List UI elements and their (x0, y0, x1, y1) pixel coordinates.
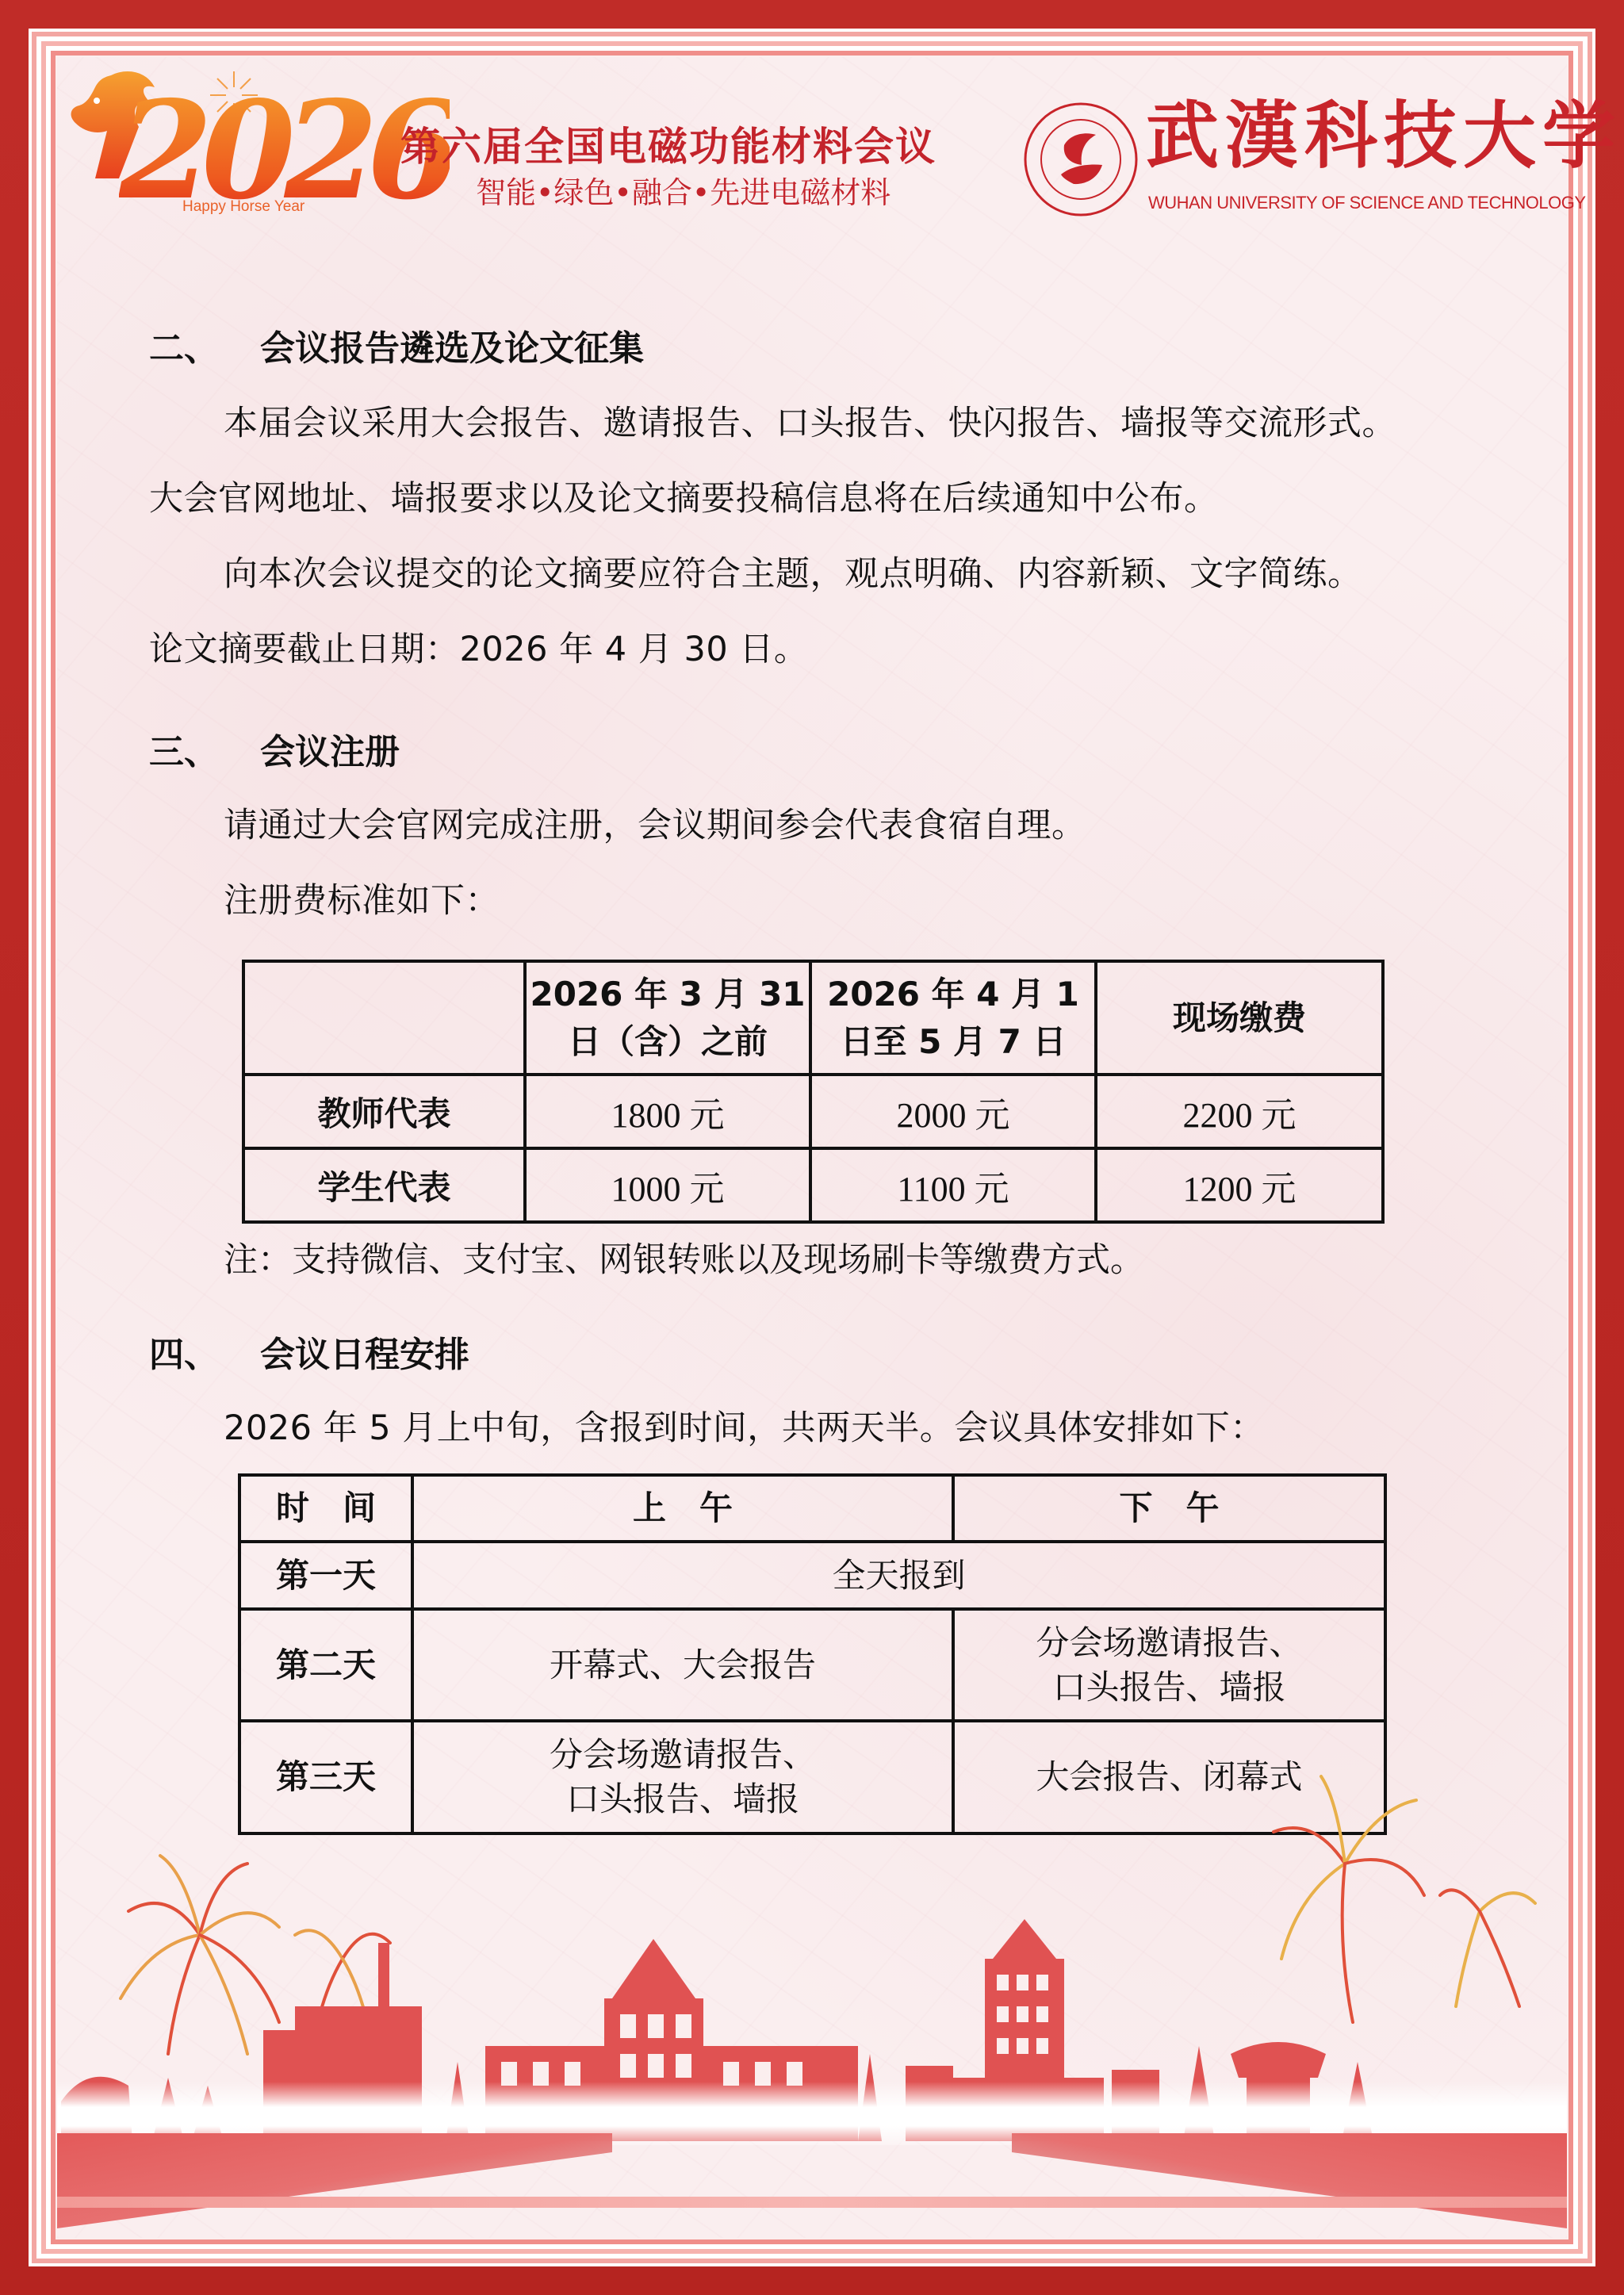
table-row: 学生代表 1000 元 1100 元 1200 元 (243, 1148, 1383, 1222)
section-heading-2: 二、会议报告遴选及论文征集 (149, 320, 644, 370)
table-row: 第三天 分会场邀请报告、 口头报告、墙报 大会报告、闭幕式 (239, 1721, 1385, 1833)
paragraph: 大会官网地址、墙报要求以及论文摘要投稿信息将在后续通知中公布。 (149, 472, 1219, 520)
paragraph: 注册费标准如下： (224, 874, 500, 922)
full-day-cell: 全天报到 (412, 1542, 1385, 1609)
table-row: 第二天 开幕式、大会报告 分会场邀请报告、 口头报告、墙报 (239, 1609, 1385, 1721)
university-name-cn: 武漢科技大学 (1146, 99, 1622, 172)
morning-cell: 分会场邀请报告、 口头报告、墙报 (412, 1721, 953, 1833)
table-header-cell: 下 午 (953, 1475, 1385, 1542)
row-label: 教师代表 (243, 1075, 525, 1148)
table-header-cell: 2026 年 3 月 31 日（含）之前 (525, 961, 810, 1075)
table-row: 第一天 全天报到 (239, 1542, 1385, 1609)
cell-line: 口头报告、墙报 (414, 1777, 952, 1822)
table-header-row: 2026 年 3 月 31 日（含）之前 2026 年 4 月 1 日至 5 月… (243, 961, 1383, 1075)
schedule-table: 时 间 上 午 下 午 第一天 全天报到 第二天 开幕式、大会报告 分会场邀请报… (238, 1473, 1387, 1835)
section-number: 四、 (149, 1326, 260, 1377)
header-line: 2026 年 4 月 1 (812, 971, 1094, 1018)
university-name-en: WUHAN UNIVERSITY OF SCIENCE AND TECHNOLO… (1148, 193, 1586, 213)
university-seal (1023, 102, 1139, 217)
fee-cell: 2200 元 (1096, 1075, 1383, 1148)
day-label: 第二天 (239, 1609, 412, 1721)
section-number: 二、 (149, 320, 260, 370)
fee-cell: 1800 元 (525, 1075, 810, 1148)
conference-subtitle: 智能•绿色•融合•先进电磁材料 (476, 168, 891, 212)
table-header-cell: 上 午 (412, 1475, 953, 1542)
table-header-cell: 时 间 (239, 1475, 412, 1542)
fee-cell: 2000 元 (810, 1075, 1096, 1148)
section-number: 三、 (149, 723, 260, 774)
paragraph: 本届会议采用大会报告、邀请报告、口头报告、快闪报告、墙报等交流形式。 (224, 397, 1396, 445)
year-of-horse-logo: 2026 Happy Horse Year (63, 67, 389, 234)
header-line: 日（含）之前 (527, 1018, 809, 1066)
paragraph: 请通过大会官网完成注册，会议期间参会代表食宿自理。 (224, 799, 1086, 847)
section-heading-4: 四、会议日程安排 (149, 1326, 469, 1377)
table-header-cell-empty (243, 961, 525, 1075)
logo-tagline: Happy Horse Year (182, 198, 304, 216)
section-heading-3: 三、会议注册 (149, 723, 400, 774)
university-seal-icon (1023, 102, 1139, 217)
campus-skyline-illustration (57, 1840, 1567, 2236)
section-title: 会议报告遴选及论文征集 (260, 328, 644, 369)
header-line: 日至 5 月 7 日 (812, 1018, 1094, 1066)
table-header-row: 时 间 上 午 下 午 (239, 1475, 1385, 1542)
cell-line: 口头报告、墙报 (955, 1665, 1384, 1710)
table-header-cell: 2026 年 4 月 1 日至 5 月 7 日 (810, 961, 1096, 1075)
morning-cell: 开幕式、大会报告 (412, 1609, 953, 1721)
payment-note: 注：支持微信、支付宝、网银转账以及现场刷卡等缴费方式。 (224, 1233, 1144, 1282)
fee-cell: 1100 元 (810, 1148, 1096, 1222)
fee-cell: 1200 元 (1096, 1148, 1383, 1222)
paragraph: 向本次会议提交的论文摘要应符合主题，观点明确、内容新颖、文字简练。 (224, 547, 1362, 596)
cell-line: 分会场邀请报告、 (414, 1733, 952, 1777)
registration-fee-table: 2026 年 3 月 31 日（含）之前 2026 年 4 月 1 日至 5 月… (242, 960, 1385, 1224)
day-label: 第一天 (239, 1542, 412, 1609)
afternoon-cell: 分会场邀请报告、 口头报告、墙报 (953, 1609, 1385, 1721)
day-label: 第三天 (239, 1721, 412, 1833)
table-header-cell: 现场缴费 (1096, 961, 1383, 1075)
paragraph: 2026 年 5 月上中旬，含报到时间，共两天半。会议具体安排如下： (224, 1401, 1265, 1450)
bottom-pink-stripe (57, 2197, 1567, 2208)
conference-title: 第六届全国电磁功能材料会议 (400, 115, 1011, 172)
section-title: 会议日程安排 (260, 1335, 469, 1375)
cell-line: 分会场邀请报告、 (955, 1621, 1384, 1665)
header-line: 2026 年 3 月 31 (527, 971, 809, 1018)
row-label: 学生代表 (243, 1148, 525, 1222)
fee-cell: 1000 元 (525, 1148, 810, 1222)
table-row: 教师代表 1800 元 2000 元 2200 元 (243, 1075, 1383, 1148)
abstract-deadline: 论文摘要截止日期：2026 年 4 月 30 日。 (149, 623, 808, 671)
section-title: 会议注册 (260, 732, 400, 772)
